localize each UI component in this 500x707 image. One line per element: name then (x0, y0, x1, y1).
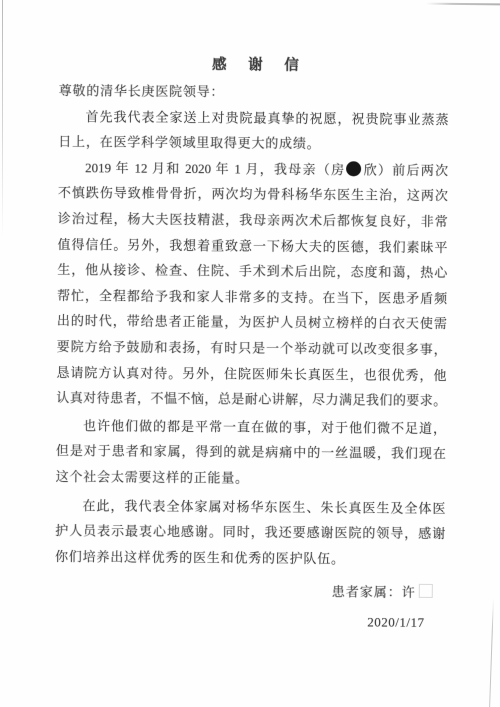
letter-line-segment: 欣）前后两次 (362, 162, 448, 178)
paragraph-3: 也许他们做的都是平常一直在做的事，对于他们微不足道， 但是对于患者和家属，得到的… (56, 413, 447, 493)
paragraph-1: 首先我代表全家送上对贵院最真挚的祝愿，祝贵院事业蒸蒸 日上，在医学科学领域里取得… (58, 104, 448, 158)
letter-line: 生，他从接诊、检查、住院、手术到术后出院，态度和蔼，热心 (57, 257, 447, 286)
letter-line-segment: 2019 年 12 月和 2020 年 1 月，我母亲（房 (85, 160, 345, 177)
letter-body: 感 谢 信 尊敬的清华长庚医院领导： 首先我代表全家送上对贵院最真挚的祝愿，祝贵… (54, 54, 449, 636)
scan-artifact-left-line (2, 0, 3, 238)
redaction-blob (346, 161, 361, 176)
letter-line: 在此，我代表全体家属对杨华东医生、朱长真医生及全体医 (55, 492, 445, 521)
letter-line: 也许他们做的都是平常一直在做的事，对于他们微不足道， (56, 413, 446, 442)
letter-line: 你们培养出这样优秀的医生和优秀的医护队伍。 (55, 544, 445, 573)
letter-line: 但是对于患者和家属，得到的就是病痛中的一丝温暖，我们现在 (56, 438, 446, 467)
letter-line: 诊治过程，杨大夫医技精湛，我母亲两次术后都恢复良好，非常 (58, 206, 448, 235)
letter-line: 出的时代，带给患者正能量，为医护人员树立榜样的白衣天使需 (57, 308, 447, 337)
redacted-name-line: 2019 年 12 月和 2020 年 1 月，我母亲（房欣）前后两次 (58, 155, 448, 184)
letter-line: 认真对待患者，不愠不恼，总是耐心讲解，尽力满足我们的要求。 (56, 385, 446, 414)
signature-text: 患者家属：许 (332, 584, 416, 600)
scan-artifact-top-right-line (426, 3, 500, 6)
letter-line: 护人员表示最衷心地感谢。同时，我还要感谢医院的领导，感谢 (55, 518, 445, 547)
letter-title: 感 谢 信 (59, 54, 449, 77)
letter-line: 要院方给予鼓励和表扬，有时只是一个举动就可以改变很多事， (57, 334, 447, 363)
paragraph-4: 在此，我代表全体家属对杨华东医生、朱长真医生及全体医 护人员表示最衷心地感谢。同… (55, 492, 446, 572)
signature-row: 患者家属：许 (55, 577, 445, 606)
letter-line: 首先我代表全家送上对贵院最真挚的祝愿，祝贵院事业蒸蒸 (58, 104, 448, 133)
signature-faded-character (419, 584, 433, 598)
letter-line: 恳请院方认真对待。另外，住院医师朱长真医生，也很优秀，他 (56, 360, 446, 389)
letter-line: 这个社会太需要这样的正能量。 (56, 464, 446, 493)
letter-line: 不慎跌伤导致椎骨骨折，两次均为骨科杨华东医生主治，这两次 (58, 180, 448, 209)
letter-line: 值得信任。另外，我想着重致意一下杨大夫的医德，我们素昧平 (57, 232, 447, 261)
scan-artifact-bottom-right-line (489, 598, 494, 707)
letter-line: 帮忙，全程都给予我和家人非常多的支持。在当下，医患矛盾频 (57, 283, 447, 312)
letter-line: 日上，在医学科学领域里取得更大的成绩。 (58, 129, 448, 158)
letter-salutation: 尊敬的清华长庚医院领导： (59, 78, 449, 107)
letter-date: 2020/1/17 (54, 607, 444, 636)
paragraph-2: 2019 年 12 月和 2020 年 1 月，我母亲（房欣）前后两次 不慎跌伤… (56, 155, 448, 414)
scanned-letter-page: 感 谢 信 尊敬的清华长庚医院领导： 首先我代表全家送上对贵院最真挚的祝愿，祝贵… (0, 0, 500, 707)
